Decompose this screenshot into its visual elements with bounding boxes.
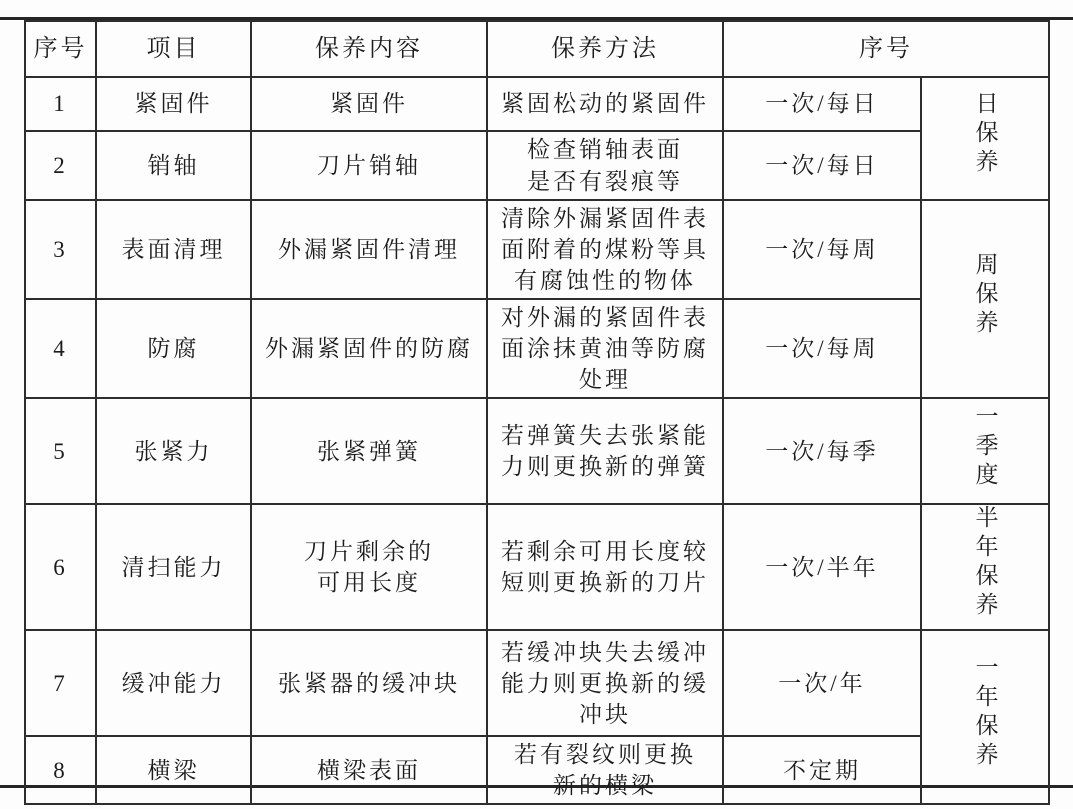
header-method: 保养方法 xyxy=(487,21,723,77)
cell-no: 7 xyxy=(25,630,96,736)
cell-content: 外漏紧固件的防腐 xyxy=(251,299,487,398)
cell-cycle-halfyear: 半年保养 xyxy=(921,504,1049,630)
cell-content: 刀片剩余的 可用长度 xyxy=(251,504,487,630)
header-content: 保养内容 xyxy=(251,21,487,77)
cell-frequency: 一次/每季 xyxy=(723,398,921,504)
cell-item: 紧固件 xyxy=(96,77,251,131)
cell-method: 紧固松动的紧固件 xyxy=(487,77,723,131)
cell-cycle-weekly: 周保养 xyxy=(921,200,1049,398)
cell-method: 对外漏的紧固件表 面涂抹黄油等防腐 处理 xyxy=(487,299,723,398)
cell-method: 检查销轴表面 是否有裂痕等 xyxy=(487,131,723,200)
table-row: 3 表面清理 外漏紧固件清理 清除外漏紧固件表 面附着的煤粉等具 有腐蚀性的物体… xyxy=(25,200,1049,299)
table-row: 8 横梁 横梁表面 若有裂纹则更换 新的横梁 不定期 xyxy=(25,736,1049,804)
cycle-label: 周保养 xyxy=(969,252,1000,339)
table-row: 4 防腐 外漏紧固件的防腐 对外漏的紧固件表 面涂抹黄油等防腐 处理 一次/每周 xyxy=(25,299,1049,398)
cell-content: 刀片销轴 xyxy=(251,131,487,200)
header-no: 序号 xyxy=(25,21,96,77)
table-row: 7 缓冲能力 张紧器的缓冲块 若缓冲块失去缓冲 能力则更换新的缓 冲块 一次/年… xyxy=(25,630,1049,736)
cell-frequency: 不定期 xyxy=(723,736,921,804)
cell-item: 张紧力 xyxy=(96,398,251,504)
cell-cycle-quarterly: 一季度 xyxy=(921,398,1049,504)
cell-method: 若剩余可用长度较 短则更换新的刀片 xyxy=(487,504,723,630)
cell-item: 防腐 xyxy=(96,299,251,398)
cell-content: 横梁表面 xyxy=(251,736,487,804)
cycle-label: 一年保养 xyxy=(969,655,1000,771)
cell-no: 2 xyxy=(25,131,96,200)
cell-frequency: 一次/每周 xyxy=(723,299,921,398)
table-row: 2 销轴 刀片销轴 检查销轴表面 是否有裂痕等 一次/每日 xyxy=(25,131,1049,200)
maintenance-schedule-table: 序号 项目 保养内容 保养方法 序号 1 紧固件 紧固件 紧固松动的紧固件 一次… xyxy=(24,20,1050,805)
cell-content: 张紧弹簧 xyxy=(251,398,487,504)
table-row: 6 清扫能力 刀片剩余的 可用长度 若剩余可用长度较 短则更换新的刀片 一次/半… xyxy=(25,504,1049,630)
cycle-label: 半年保养 xyxy=(969,505,1000,621)
cell-frequency: 一次/每日 xyxy=(723,131,921,200)
cell-content: 张紧器的缓冲块 xyxy=(251,630,487,736)
cell-no: 1 xyxy=(25,77,96,131)
cell-no: 8 xyxy=(25,736,96,804)
header-cycle: 序号 xyxy=(723,21,1049,77)
cell-content: 紧固件 xyxy=(251,77,487,131)
cycle-label: 日保养 xyxy=(969,91,1000,178)
table-row: 5 张紧力 张紧弹簧 若弹簧失去张紧能 力则更换新的弹簧 一次/每季 一季度 xyxy=(25,398,1049,504)
cell-no: 4 xyxy=(25,299,96,398)
table-row: 1 紧固件 紧固件 紧固松动的紧固件 一次/每日 日保养 xyxy=(25,77,1049,131)
cell-item: 表面清理 xyxy=(96,200,251,299)
cell-frequency: 一次/半年 xyxy=(723,504,921,630)
cell-item: 缓冲能力 xyxy=(96,630,251,736)
cycle-label: 一季度 xyxy=(969,404,1000,491)
cell-cycle-yearly: 一年保养 xyxy=(921,630,1049,804)
cell-no: 5 xyxy=(25,398,96,504)
scanned-document-page: 序号 项目 保养内容 保养方法 序号 1 紧固件 紧固件 紧固松动的紧固件 一次… xyxy=(0,0,1073,809)
cell-frequency: 一次/每日 xyxy=(723,77,921,131)
cell-no: 3 xyxy=(25,200,96,299)
cell-content: 外漏紧固件清理 xyxy=(251,200,487,299)
cell-no: 6 xyxy=(25,504,96,630)
header-row: 序号 项目 保养内容 保养方法 序号 xyxy=(25,21,1049,77)
cell-item: 清扫能力 xyxy=(96,504,251,630)
cell-method: 若有裂纹则更换 新的横梁 xyxy=(487,736,723,804)
header-item: 项目 xyxy=(96,21,251,77)
cell-frequency: 一次/每周 xyxy=(723,200,921,299)
cell-frequency: 一次/年 xyxy=(723,630,921,736)
cell-cycle-daily: 日保养 xyxy=(921,77,1049,200)
cell-item: 横梁 xyxy=(96,736,251,804)
cell-item: 销轴 xyxy=(96,131,251,200)
cell-method: 若弹簧失去张紧能 力则更换新的弹簧 xyxy=(487,398,723,504)
cell-method: 清除外漏紧固件表 面附着的煤粉等具 有腐蚀性的物体 xyxy=(487,200,723,299)
cell-method: 若缓冲块失去缓冲 能力则更换新的缓 冲块 xyxy=(487,630,723,736)
